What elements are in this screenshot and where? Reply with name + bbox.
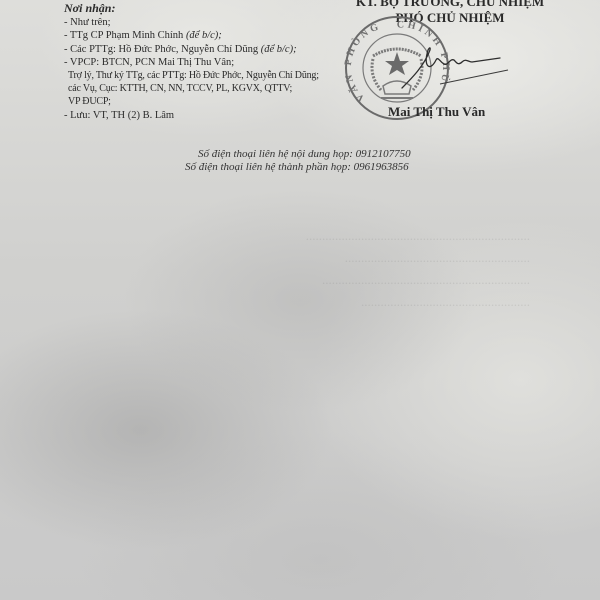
content-phone-label: Số điện thoại liên hệ nội dung họp: bbox=[198, 148, 356, 160]
attendee-phone-line: Số điện thoại liên hệ thành phần họp: 09… bbox=[185, 161, 475, 174]
recipient-item: - VPCP: BTCN, PCN Mai Thị Thu Vân; bbox=[64, 56, 354, 69]
content-phone-number: 0912107750 bbox=[356, 148, 411, 160]
signer-name: Mai Thị Thu Vân bbox=[388, 104, 538, 120]
svg-text:VĂN PHÒNG: VĂN PHÒNG bbox=[343, 21, 383, 104]
recipient-item: Trợ lý, Thư ký TTg, các PTTg: Hồ Đức Phớ… bbox=[64, 69, 354, 82]
recipient-item: - TTg CP Phạm Minh Chính (để b/c); bbox=[64, 29, 354, 42]
attendee-phone-label: Số điện thoại liên hệ thành phần họp: bbox=[185, 161, 354, 173]
signature-title-line1: KT. BỘ TRƯỞNG, CHỦ NHIỆM bbox=[330, 0, 570, 10]
recipient-item: - Như trên; bbox=[64, 16, 354, 29]
recipient-item: VP ĐUCP; bbox=[64, 95, 354, 108]
recipient-item: - Các PTTg: Hồ Đức Phớc, Nguyễn Chí Dũng… bbox=[64, 43, 354, 56]
contact-phones: Số điện thoại liên hệ nội dung họp: 0912… bbox=[185, 148, 475, 174]
attendee-phone-number: 0961963856 bbox=[354, 161, 409, 173]
handwritten-signature-icon bbox=[400, 40, 510, 90]
content-phone-line: Số điện thoại liên hệ nội dung họp: 0912… bbox=[185, 148, 475, 161]
reverse-side-bleed-through: ........................................… bbox=[70, 225, 530, 313]
recipients-heading: Nơi nhận: bbox=[64, 2, 354, 15]
recipient-item: - Lưu: VT, TH (2) B. Lâm bbox=[64, 109, 354, 122]
recipient-item: các Vụ, Cục: KTTH, CN, NN, TCCV, PL, KGV… bbox=[64, 82, 354, 95]
recipients-block: Nơi nhận: - Như trên; - TTg CP Phạm Minh… bbox=[64, 2, 354, 122]
